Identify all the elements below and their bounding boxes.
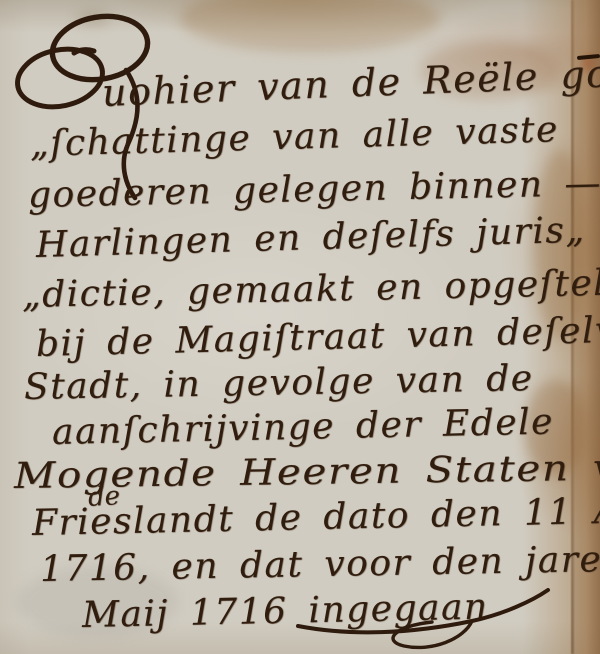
manuscript-line-11: 1716, en dat voor den jare pº [40, 541, 600, 588]
inserted-word: de [87, 483, 120, 511]
manuscript-line-7: Stadt, in gevolge van de [24, 361, 534, 406]
manuscript-line-8: aanſchrijvinge der Edele [52, 404, 555, 451]
manuscript-page: uohier van de Reële goed„ „ſchattinge va… [0, 0, 600, 654]
closing-flourish [280, 588, 570, 654]
